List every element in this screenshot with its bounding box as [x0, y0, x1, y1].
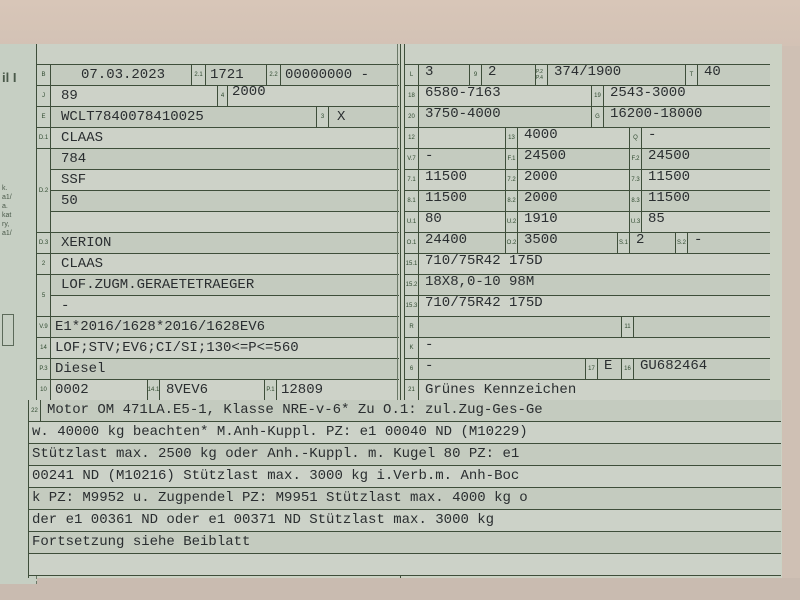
cell-U2: U.2 1910	[505, 212, 645, 232]
cell-P1: P.1 12809	[264, 380, 399, 400]
field-label-15-3: 15.3	[405, 296, 419, 316]
cell-G: G 16200-18000	[591, 107, 770, 127]
cell-16: 16 GU682464	[621, 359, 770, 379]
field-label-4: 4	[218, 86, 228, 106]
remark-text-4: 00241 ND (M10216) Stützlast max. 3000 kg…	[32, 466, 519, 486]
field-value-variant: SSF	[61, 170, 86, 190]
field-label-8-2: 8.2	[506, 191, 518, 211]
field-value-standing: -	[694, 230, 702, 250]
row-D2-line1: 784	[37, 149, 399, 170]
field-value-first-registration: 07.03.2023	[81, 65, 165, 85]
field-label-5: 5	[37, 275, 51, 317]
field-value-towable-unbraked: 3500	[524, 230, 558, 250]
cell-O2: O.2 3500	[505, 233, 635, 253]
field-label-21: 21	[405, 380, 419, 400]
cell-9: 9 2	[469, 65, 539, 85]
field-value-7-1: 11500	[425, 167, 467, 187]
row-P3: P.3 Diesel	[37, 359, 399, 380]
cell-19: 19 2543-3000	[591, 86, 770, 106]
field-value-version: 50	[61, 191, 78, 211]
field-value-fuel-type: Diesel	[55, 359, 105, 379]
remark-text-6: der e1 00361 ND oder e1 00371 ND Stützla…	[32, 510, 494, 530]
cell-T: T 40	[685, 65, 770, 85]
remark-line-6: der e1 00361 ND oder e1 00371 ND Stützla…	[29, 510, 781, 532]
field-label-2: 2	[37, 254, 51, 274]
field-value-drive-noise: 85	[648, 209, 665, 229]
row-8-1: 8.1 11500 8.2 2000 8.3 11500	[405, 191, 770, 212]
cell-S1: S.1 2	[617, 233, 681, 253]
field-label-3: 3	[317, 107, 329, 127]
cell-F2: F.2 24500	[629, 149, 770, 169]
field-value-13: 4000	[524, 125, 558, 145]
row-J: J 89 4 2000	[37, 86, 399, 107]
cell-2-2: 2.2 00000000 -	[266, 65, 399, 85]
field-label-10: 10	[37, 380, 51, 400]
remark-line-5: k PZ: M9952 u. Zugpendel PZ: M9951 Stütz…	[29, 488, 781, 510]
row-14: 14 LOF;STV;EV6;CI/SI;130<=P<=560	[37, 338, 399, 359]
field-value-21: Grünes Kennzeichen	[425, 380, 576, 400]
cell-14-1: 14.1 8VEV6	[147, 380, 267, 400]
row-10: 10 0002 14.1 8VEV6 P.1 12809	[37, 380, 399, 401]
field-value-commercial-name: XERION	[61, 233, 111, 253]
field-value-displacement: 12809	[281, 380, 323, 400]
field-label-D1: D.1	[37, 128, 51, 148]
cell-P2P4: P.2 P.4 374/1900	[535, 65, 695, 85]
field-value-6: -	[425, 356, 433, 376]
field-value-3: X	[337, 107, 345, 127]
row-R: R 11	[405, 317, 770, 338]
field-label-19: 19	[592, 86, 604, 106]
cell-4: 4 2000	[217, 86, 399, 106]
edge-fine-print: k.a1/a.katry,a1/	[2, 184, 12, 238]
field-value-axles: 3	[425, 62, 433, 82]
field-value-17: E	[604, 356, 612, 376]
row-D2-line4	[37, 212, 399, 233]
field-label-P3: P.3	[37, 359, 51, 379]
field-value-vehicle-class: LOF.ZUGM.GERAETETRAEGER	[61, 275, 254, 295]
row-2: 2 CLAAS	[37, 254, 399, 275]
field-label-K: K	[405, 338, 419, 358]
remark-text-1: Motor OM 471LA.E5-1, Klasse NRE-v-6* Zu …	[47, 400, 543, 420]
field-label-2-1: 2.1	[192, 65, 206, 85]
field-label-2-2: 2.2	[267, 65, 281, 85]
field-label-F1: F.1	[506, 149, 518, 169]
remark-line-8	[29, 554, 781, 576]
cell-7-2: 7.2 2000	[505, 170, 645, 190]
remark-text-2: w. 40000 kg beachten* M.Anh-Kuppl. PZ: e…	[32, 422, 528, 442]
field-value-manufacturer: CLAAS	[61, 254, 103, 274]
field-label-P1: P.1	[265, 380, 277, 400]
field-label-22: 22	[29, 400, 41, 421]
field-label-U2: U.2	[506, 212, 518, 232]
fold-line	[397, 44, 398, 400]
field-value-8-3: 11500	[648, 188, 690, 208]
field-label-G: G	[592, 107, 604, 127]
cell-3: 3 X	[316, 107, 399, 127]
field-value-8-1: 11500	[425, 188, 467, 208]
field-label-18: 18	[405, 86, 419, 106]
field-label-12: 12	[405, 128, 419, 148]
field-value-vin: WCLT7840078410025	[61, 107, 204, 127]
field-value-J: 89	[61, 86, 78, 106]
remark-text-5: k PZ: M9952 u. Zugpendel PZ: M9951 Stütz…	[32, 488, 528, 508]
field-label-U1: U.1	[405, 212, 419, 232]
field-label-L: L	[405, 65, 419, 85]
field-value-mass-in-service: 16200-18000	[610, 104, 702, 124]
field-label-8-3: 8.3	[630, 191, 642, 211]
field-label-J: J	[37, 86, 51, 106]
remark-line-7: Fortsetzung siehe Beiblatt	[29, 532, 781, 554]
field-label-F2: F.2	[630, 149, 642, 169]
field-value-power-rpm: 374/1900	[554, 62, 621, 82]
field-value-7-3: 11500	[648, 167, 690, 187]
row-D2-line2: SSF	[37, 170, 399, 191]
remark-line-4: 00241 ND (M10216) Stützlast max. 3000 kg…	[29, 466, 781, 488]
field-label-U3: U.3	[630, 212, 642, 232]
field-label-7-1: 7.1	[405, 170, 419, 190]
field-value-max-speed: 40	[704, 62, 721, 82]
field-value-type: 784	[61, 149, 86, 169]
cell-F1: F.1 24500	[505, 149, 645, 169]
field-value-seats: 2	[636, 230, 644, 250]
field-value-document-number: GU682464	[640, 356, 707, 376]
remarks-section: 22 Motor OM 471LA.E5-1, Klasse NRE-v-6* …	[28, 400, 781, 578]
row-5-line2: -	[37, 296, 399, 317]
field-value-max-mass-technical: 24500	[524, 146, 566, 166]
remark-line-2: w. 40000 kg beachten* M.Anh-Kuppl. PZ: e…	[29, 422, 781, 444]
cell-7-3: 7.3 11500	[629, 170, 770, 190]
field-value-engine-speed: 1910	[524, 209, 558, 229]
field-label-7-3: 7.3	[630, 170, 642, 190]
field-value-driven-axles: 2	[488, 62, 496, 82]
row-6: 6 - 17 E 16 GU682464	[405, 359, 770, 380]
right-field-grid: L 3 9 2 P.2 P.4 374/1900 T 40 18 6580-71…	[404, 44, 770, 400]
field-label-15-2: 15.2	[405, 275, 419, 295]
field-value-2-2: 00000000 -	[285, 65, 369, 85]
field-label-8-1: 8.1	[405, 191, 419, 211]
top-blank-row	[37, 44, 399, 65]
field-value-4: 2000	[232, 82, 266, 102]
field-label-P2P4: P.2 P.4	[536, 65, 548, 85]
field-label-V7: V.7	[405, 149, 419, 169]
cell-S2: S.2 -	[675, 233, 770, 253]
field-value-emission-notes: LOF;STV;EV6;CI/SI;130<=P<=560	[55, 338, 299, 358]
cell-8-2: 8.2 2000	[505, 191, 645, 211]
field-label-14: 14	[37, 338, 51, 358]
field-label-7-2: 7.2	[506, 170, 518, 190]
field-value-10: 0002	[55, 380, 89, 400]
row-5-line1: LOF.ZUGM.GERAETETRAEGER	[37, 275, 399, 296]
remark-text-7: Fortsetzung siehe Beiblatt	[32, 532, 250, 552]
field-label-T: T	[686, 65, 698, 85]
field-value-7-2: 2000	[524, 167, 558, 187]
field-label-D3: D.3	[37, 233, 51, 253]
field-label-11: 11	[622, 317, 634, 337]
field-label-15-1: 15.1	[405, 254, 419, 274]
field-label-O2: O.2	[506, 233, 518, 253]
row-21: 21 Grünes Kennzeichen	[405, 380, 770, 401]
edge-box	[2, 314, 14, 346]
cell-11: 11	[621, 317, 770, 337]
row-D1: D.1 CLAAS	[37, 128, 399, 149]
field-label-14-1: 14.1	[148, 380, 160, 400]
edge-title: il I	[2, 70, 16, 85]
field-value-Q: -	[648, 125, 656, 145]
field-value-K: -	[425, 335, 433, 355]
field-label-20: 20	[405, 107, 419, 127]
field-value-14-1: 8VEV6	[166, 380, 208, 400]
field-value-length: 6580-7163	[425, 83, 501, 103]
remark-line-3: Stützlast max. 2500 kg oder Anh.-Kuppl. …	[29, 444, 781, 466]
field-value-tyre-axle1: 710/75R42 175D	[425, 251, 543, 271]
background-surface-bottom	[0, 578, 800, 600]
field-value-co2: -	[425, 146, 433, 166]
row-B: B 07.03.2023 2.1 1721 2.2 00000000 -	[37, 65, 399, 86]
cell-13: 13 4000	[505, 128, 645, 148]
field-label-16: 16	[622, 359, 634, 379]
remark-line-1: 22 Motor OM 471LA.E5-1, Klasse NRE-v-6* …	[29, 400, 781, 422]
field-label-R: R	[405, 317, 419, 337]
field-value-width: 2543-3000	[610, 83, 686, 103]
field-value-max-mass-permitted: 24500	[648, 146, 690, 166]
field-label-B: B	[37, 65, 51, 85]
field-label-9: 9	[470, 65, 482, 85]
field-label-6: 6	[405, 359, 419, 379]
cell-8-3: 8.3 11500	[629, 191, 770, 211]
field-value-body-type: -	[61, 296, 69, 316]
left-field-grid: B 07.03.2023 2.1 1721 2.2 00000000 - J 8…	[36, 44, 399, 400]
field-label-S1: S.1	[618, 233, 630, 253]
row-D2-line3: 50	[37, 191, 399, 212]
cell-U3: U.3 85	[629, 212, 770, 232]
field-value-towable-braked: 24400	[425, 230, 467, 250]
field-label-Q: Q	[630, 128, 642, 148]
field-value-tyre-axle3: 710/75R42 175D	[425, 293, 543, 313]
field-label-E: E	[37, 107, 51, 127]
row-D3: D.3 XERION	[37, 233, 399, 254]
cell-Q: Q -	[629, 128, 770, 148]
remark-text-3: Stützlast max. 2500 kg oder Anh.-Kuppl. …	[32, 444, 519, 464]
row-E: E WCLT7840078410025 3 X	[37, 107, 399, 128]
field-label-V9: V.9	[37, 317, 51, 337]
background-surface	[0, 0, 800, 46]
row-20: 20 3750-4000 G 16200-18000	[405, 107, 770, 128]
field-value-stationary-noise: 80	[425, 209, 442, 229]
field-label-S2: S.2	[676, 233, 688, 253]
row-15-3: 15.3 710/75R42 175D	[405, 296, 770, 317]
row-K: K -	[405, 338, 770, 359]
row-V9: V.9 E1*2016/1628*2016/1628EV6	[37, 317, 399, 338]
row-12: 12 13 4000 Q -	[405, 128, 770, 149]
field-value-make: CLAAS	[61, 128, 103, 148]
field-label-O1: O.1	[405, 233, 419, 253]
field-value-8-2: 2000	[524, 188, 558, 208]
field-value-height: 3750-4000	[425, 104, 501, 124]
field-label-17: 17	[586, 359, 598, 379]
field-label-D2: D.2	[37, 149, 51, 233]
field-label-13: 13	[506, 128, 518, 148]
field-value-emission-class: E1*2016/1628*2016/1628EV6	[55, 317, 265, 337]
field-value-tyre-axle2: 18X8,0-10 98M	[425, 272, 534, 292]
